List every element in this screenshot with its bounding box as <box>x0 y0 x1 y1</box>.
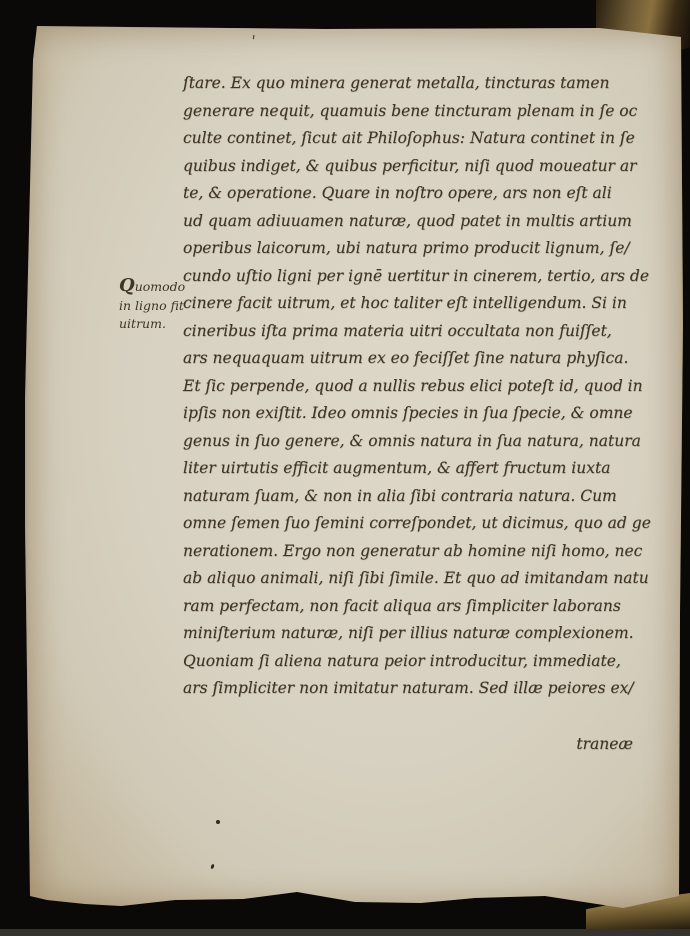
text-line: te, & operatione. Quare in noſtro opere,… <box>183 180 647 208</box>
scan-bed-strip <box>0 929 690 936</box>
text-line: ars ſimpliciter non imitatur naturam. Se… <box>183 675 647 703</box>
ink-speck <box>216 820 220 824</box>
main-text-block: ſtare. Ex quo minera generat metalla, ti… <box>183 70 647 758</box>
note-line: Quomodo <box>119 277 187 297</box>
text-line: omne ſemen ſuo ſemini correſpondet, ut d… <box>183 510 647 538</box>
text-line: cundo uſtio ligni per ignē uertitur in c… <box>183 263 647 291</box>
text-line: ab aliquo animali, niſi ſibi ſimile. Et … <box>183 565 647 593</box>
text-line: naturam ſuam, & non in alia ſibi contrar… <box>183 483 647 511</box>
catchword: traneæ <box>183 731 647 759</box>
ink-speck: ' <box>250 32 257 50</box>
note-line: uitrum. <box>119 315 187 334</box>
text-line: ud quam adiuuamen naturæ, quod patet in … <box>183 208 647 236</box>
text-line: miniſterium naturæ, niſi per illius natu… <box>183 620 647 648</box>
marginal-note: Quomodoin ligno fituitrum. <box>119 277 187 334</box>
text-line: culte continet, ſicut ait Philoſophus: N… <box>183 125 647 153</box>
text-line: liter uirtutis efficit augmentum, & affe… <box>183 455 647 483</box>
text-line: generare nequit, quamuis bene tincturam … <box>183 98 647 126</box>
text-line: nerationem. Ergo non generatur ab homine… <box>183 538 647 566</box>
text-line: quibus indiget, & quibus perficitur, niſ… <box>183 153 647 181</box>
text-line: ram perfectam, non facit aliqua ars ſimp… <box>183 593 647 621</box>
text-line: ſtare. Ex quo minera generat metalla, ti… <box>183 70 647 98</box>
ink-speck <box>210 864 215 870</box>
book-page: ' Quomodoin ligno fituitrum. ſtare. Ex q… <box>25 24 683 910</box>
text-line: Et ſic perpende, quod a nullis rebus eli… <box>183 373 647 401</box>
text-line: operibus laicorum, ubi natura primo prod… <box>183 235 647 263</box>
text-line: ipſis non exiſtit. Ideo omnis ſpecies in… <box>183 400 647 428</box>
text-line: Quoniam ſi aliena natura peior introduci… <box>183 648 647 676</box>
text-line: cineribus iſta prima materia uitri occul… <box>183 318 647 346</box>
main-text-lines: ſtare. Ex quo minera generat metalla, ti… <box>183 70 647 703</box>
text-line: ars nequaquam uitrum ex eo feciſſet ſine… <box>183 345 647 373</box>
note-line: in ligno fit <box>119 297 187 316</box>
scanned-page-photo: ' Quomodoin ligno fituitrum. ſtare. Ex q… <box>0 0 690 936</box>
text-line: cinere facit uitrum, et hoc taliter eſt … <box>183 290 647 318</box>
text-line: genus in ſuo genere, & omnis natura in ſ… <box>183 428 647 456</box>
